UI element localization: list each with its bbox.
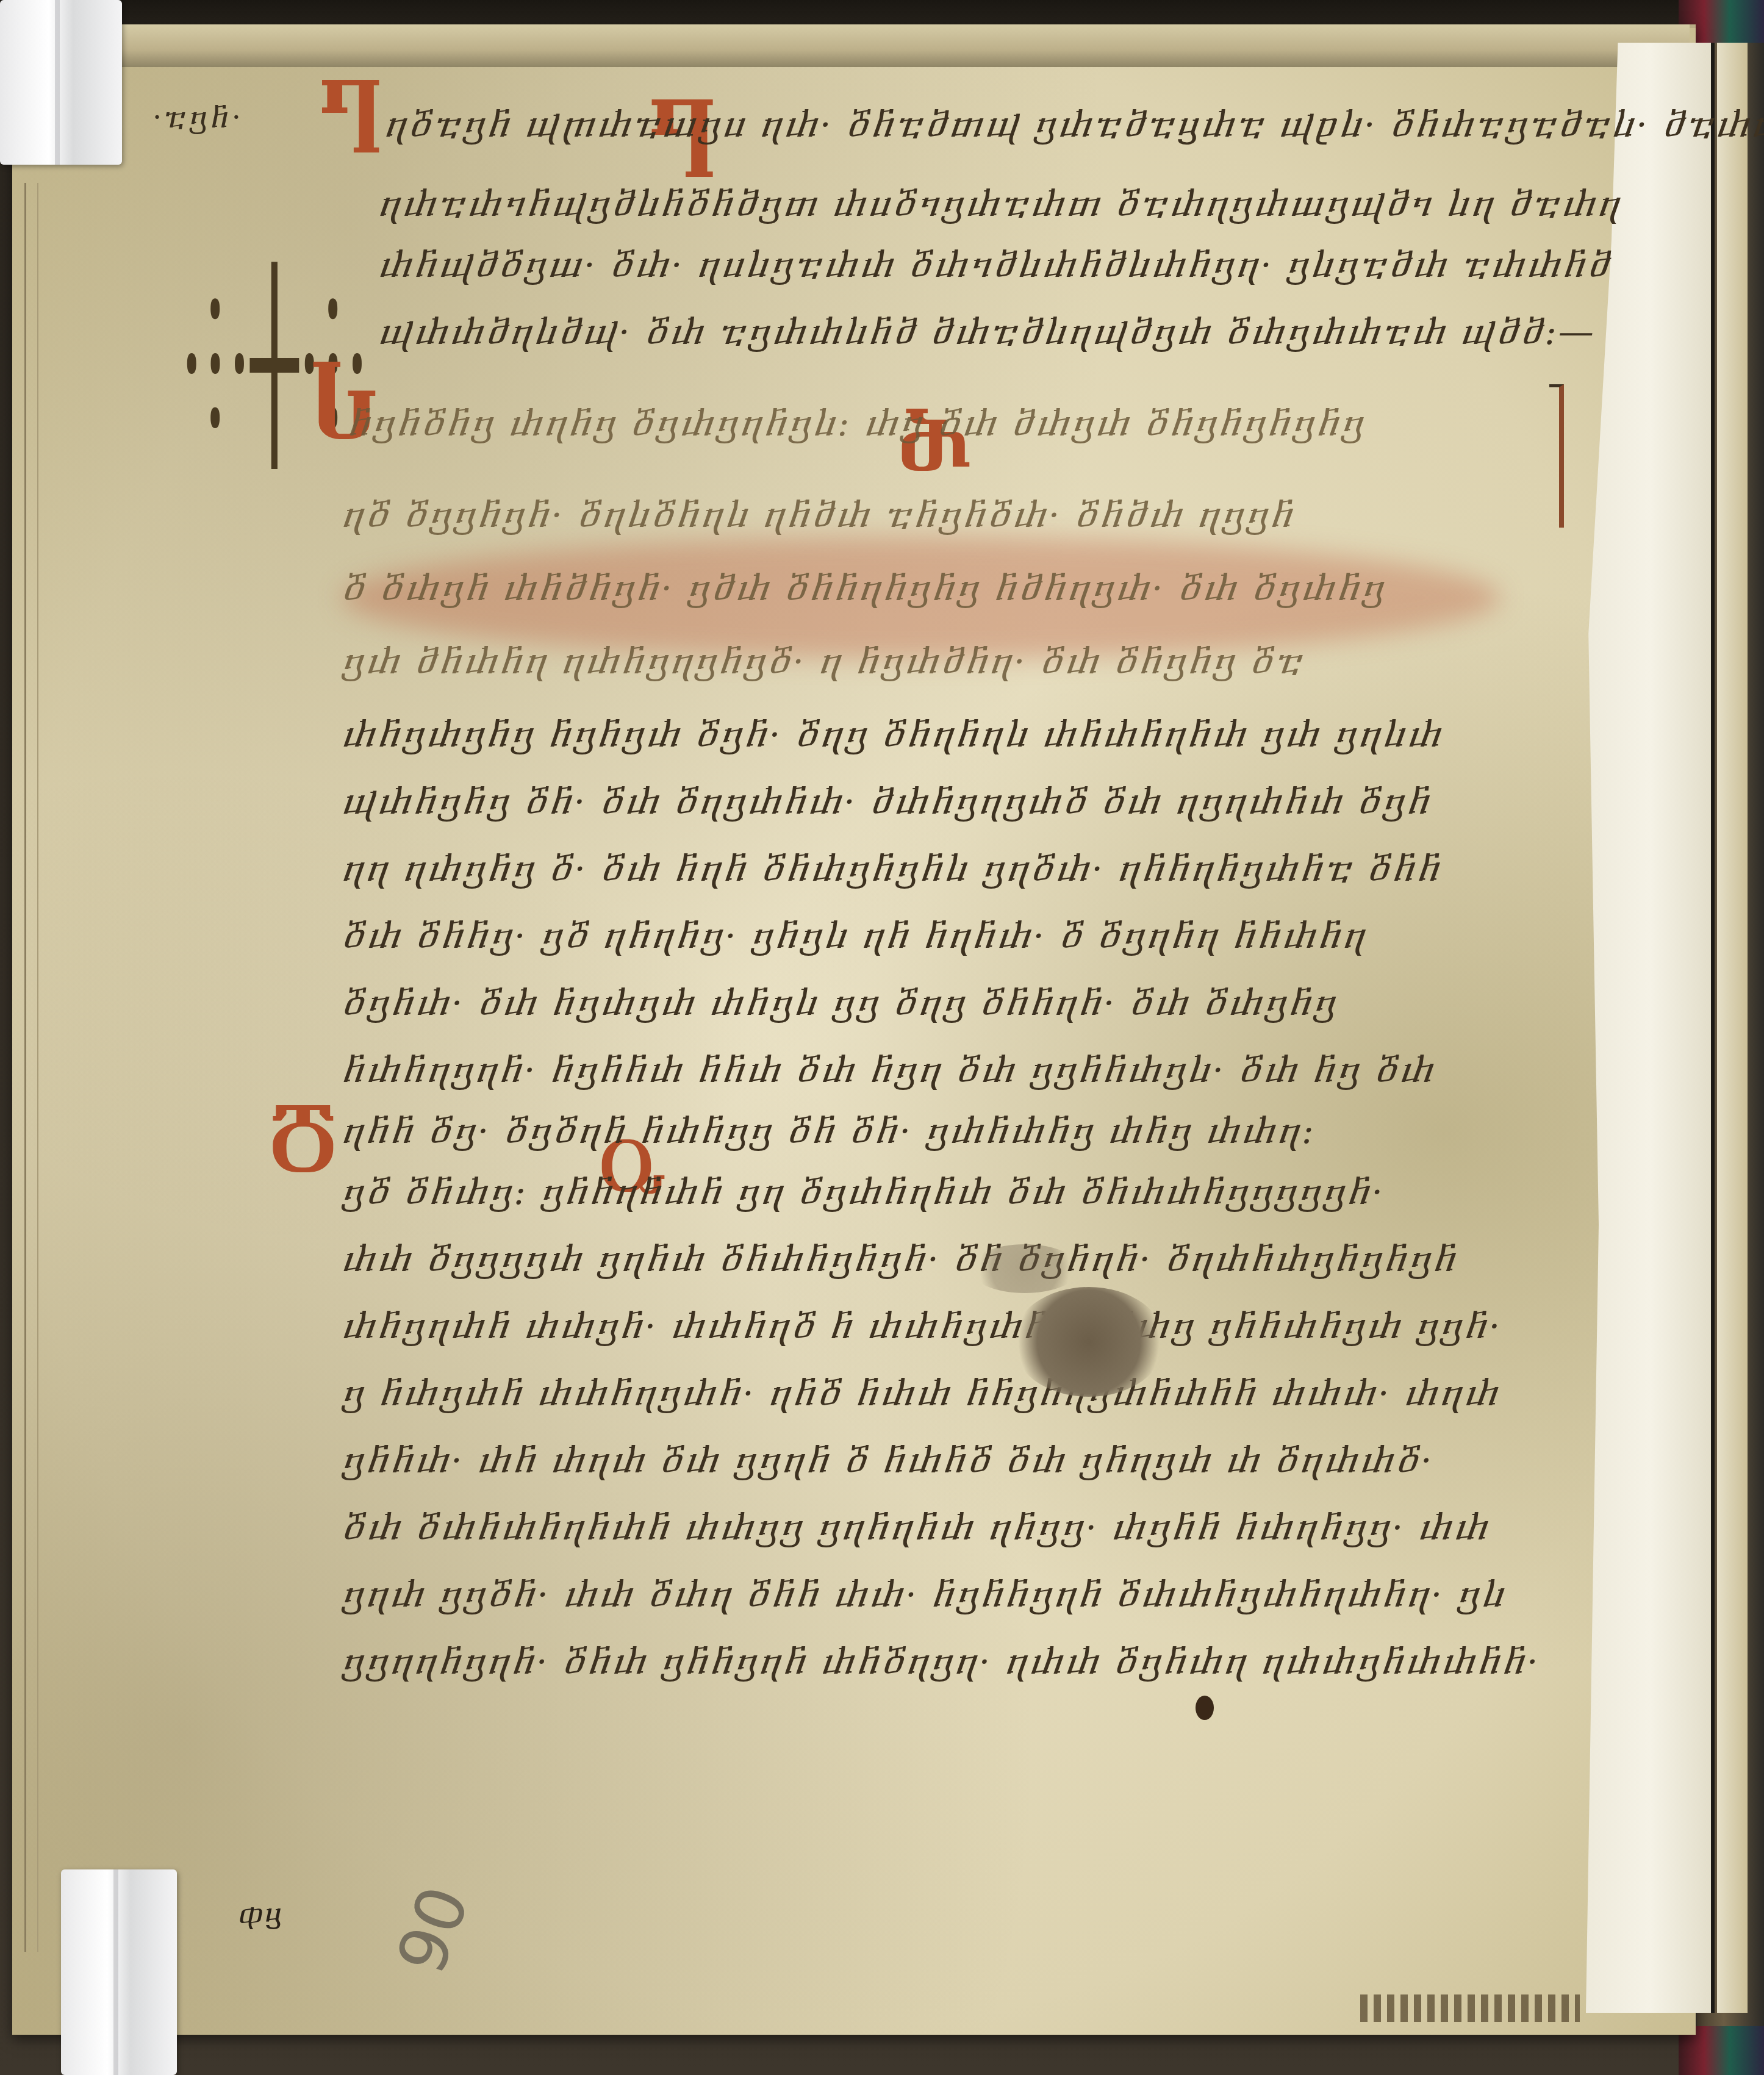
rubric-initial: Ⴃ	[268, 1098, 338, 1191]
text-line: ⴂⴃ ⴃⴌⴐⴂ: ⴂⴌⴌⴄⴌⴐⴌ ⴂⴄ ⴃⴂⴐⴌⴄⴌⴐ ⴃⴐ ⴃⴌⴐⴐⴌⴂⴂⴂⴂ…	[342, 1171, 1385, 1213]
leaf-top-edge	[122, 24, 1690, 67]
worn-edge	[1360, 1994, 1580, 2022]
text-line: ⴐⴌⴂⴄⴐⴌ ⴐⴐⴂⴌ· ⴐⴐⴌⴄⴃ ⴌ ⴐⴐⴌⴂⴐⴌⴂⴃ ⴌⴐⴂ ⴂⴌⴌⴐⴌⴂ…	[342, 1305, 1502, 1347]
text-line: ⴓⴐⴌⴂⴌⴂ ⴃⴌ· ⴃⴐ ⴃⴄⴂⴐⴌⴐ· ⴋⴐⴌⴂⴄⴂⴐⴃ ⴃⴐ ⴄⴂⴄⴐⴌⴐ…	[342, 781, 1431, 822]
quire-mark: ⴔⴁ	[238, 1897, 282, 1930]
text-line: ⴂⴄⴐ ⴂⴂⴃⴌ· ⴐⴐ ⴃⴐⴄ ⴃⴌⴌ ⴐⴐ· ⴌⴂⴌⴌⴂⴄⴌ ⴃⴐⴐⴌⴂⴐⴌ…	[342, 1574, 1506, 1615]
gutter-shadow	[1711, 43, 1715, 2013]
ink-stain	[1013, 1287, 1165, 1397]
text-line: ⴂⴐ ⴋⴌⴐⴌⴄ ⴄⴐⴌⴂⴄⴂⴌⴂⴃ· ⴄ ⴌⴂⴐⴋⴌⴄ· ⴃⴐ ⴃⴌⴂⴌⴂ ⴃ…	[342, 640, 1304, 682]
text-line: ⴂⴂⴄⴄⴌⴂⴄⴌ· ⴃⴌⴐ ⴂⴌⴌⴂⴄⴌ ⴐⴌⴃⴄⴂⴄ· ⴄⴐⴐ ⴃⴂⴌⴐⴄ ⴄ…	[342, 1641, 1540, 1682]
red-bracket	[1549, 384, 1564, 528]
text-line: ⴃⴂⴌⴐ· ⴃⴐ ⴌⴂⴐⴂⴐ ⴐⴌⴂⴑ ⴂⴂ ⴃⴄⴂ ⴃⴌⴌⴄⴌ· ⴃⴐ ⴃⴐⴂ…	[342, 982, 1338, 1023]
text-line: ⴌⴂⴌⴃⴌⴂ ⴐⴄⴌⴂ ⴃⴂⴐⴂⴄⴌⴂⴑ: ⴐⴂ ⴃⴐ ⴋⴐⴂⴐ ⴃⴌⴂⴌⴂⴌⴂ…	[348, 403, 1365, 444]
top-margin-mark: ·ⴀⴂⴌ·	[152, 101, 243, 135]
text-line: ⴄⴃ ⴃⴂⴂⴌⴂⴌ· ⴃⴄⴑⴃⴌⴄⴑ ⴄⴌⴋⴐ ⴀⴌⴂⴌⴃⴐ· ⴃⴌⴋⴐ ⴄⴂⴂ…	[342, 494, 1295, 536]
ink-dot	[1196, 1696, 1214, 1720]
text-line: ⴃ ⴃⴐⴂⴌ ⴐⴌⴋⴌⴂⴌ· ⴂⴋⴐ ⴃⴌⴌⴄⴌⴂⴌⴂ ⴌⴋⴌⴄⴂⴐ· ⴃⴐ ⴃ…	[342, 567, 1386, 609]
text-line: ⴓⴐⴐⴋⴄⴑⴋⴓ· ⴃⴐ ⴀⴂⴐⴐⴑⴌⴋ ⴋⴐⴀⴋⴑⴄⴓⴋⴂⴐ ⴃⴐⴂⴐⴐⴀⴐ …	[378, 311, 1596, 353]
rubric-initial: Ⴄ	[317, 73, 384, 173]
text-line: ⴄⴌⴌ ⴃⴂ· ⴃⴂⴃⴄⴌ ⴌⴐⴌⴂⴂ ⴃⴌ ⴃⴌ· ⴂⴐⴌⴐⴌⴂ ⴐⴌⴂ ⴐⴐ…	[342, 1110, 1316, 1152]
page-clip-bottom	[61, 1869, 177, 2075]
text-line: ⴄⴄ ⴄⴐⴂⴌⴂ ⴃ· ⴃⴐ ⴌⴄⴌ ⴃⴌⴐⴂⴌⴂⴌⴑ ⴂⴄⴃⴐ· ⴄⴌⴌⴄⴌⴂ…	[342, 848, 1441, 889]
text-line: ⴃⴐ ⴃⴌⴌⴂ· ⴂⴃ ⴄⴌⴄⴌⴂ· ⴂⴌⴂⴑ ⴄⴌ ⴌⴄⴌⴐ· ⴃ ⴃⴂⴄⴌⴄ…	[342, 915, 1367, 956]
text-line: ⴂ ⴌⴐⴂⴐⴌ ⴐⴐⴌⴄⴂⴐⴌ· ⴄⴌⴃ ⴌⴐⴐ ⴌⴌⴂⴌⴄⴂⴐⴌⴐⴌⴌ ⴐⴐⴐ…	[342, 1372, 1500, 1414]
text-line: ⴐⴌⴓⴋⴃⴂⴍ· ⴃⴐ· ⴄⴎⴑⴂⴀⴐⴐ ⴃⴐⴈⴋⴑⴐⴌⴋⴑⴐⴌⴂⴄ· ⴂⴑⴂⴀ…	[378, 244, 1612, 285]
text-line: ⴐⴐ ⴃⴂⴂⴂⴂⴐ ⴂⴄⴌⴐ ⴃⴌⴐⴌⴂⴌⴂⴌ· ⴃⴌ ⴃⴂⴌⴄⴌ· ⴃⴄⴐⴌⴐ…	[342, 1238, 1458, 1280]
next-leaf-edge	[1717, 43, 1748, 2013]
text-line: ⴌⴐⴌⴄⴂⴄⴌ· ⴌⴂⴌⴌⴐ ⴌⴌⴐ ⴃⴐ ⴌⴂⴄ ⴃⴐ ⴂⴂⴌⴌⴐⴂⴑ· ⴃⴐ…	[342, 1049, 1435, 1091]
left-margin-ruling	[24, 183, 38, 1952]
smudge	[970, 1244, 1080, 1293]
page-clip-top	[0, 0, 122, 165]
text-line: ⴃⴐ ⴃⴐⴌⴐⴌⴄⴌⴐⴌ ⴐⴐⴂⴂ ⴂⴄⴌⴄⴌⴐ ⴄⴌⴂⴂ· ⴐⴂⴌⴌ ⴌⴐⴄⴌ…	[342, 1507, 1490, 1548]
text-line: ⴄⴃⴀⴂⴌ ⴓⴜⴐⴀⴍⴂⴎ ⴄⴐ· ⴃⴌⴀⴋⴇⴓ ⴂⴐⴀⴋⴀⴁⴐⴀ ⴓⴒⴑ· ⴃ…	[384, 104, 1764, 145]
text-line: ⴂⴌⴌⴐ· ⴐⴌ ⴐⴄⴐ ⴃⴐ ⴂⴂⴄⴌ ⴃ ⴌⴐⴌⴃ ⴃⴐ ⴂⴌⴄⴂⴐ ⴐ ⴃ…	[342, 1439, 1433, 1481]
text-line: ⴐⴌⴂⴐⴂⴌⴂ ⴌⴂⴌⴂⴐ ⴃⴂⴌ· ⴃⴄⴂ ⴃⴌⴄⴌⴄⴑ ⴐⴌⴐⴌⴄⴌⴐ ⴂⴐ…	[342, 714, 1443, 755]
text-line: ⴄⴐⴀⴐⴈⴌⴓⴂⴋⴑⴌⴃⴌⴋⴂⴇ ⴐⴎⴃⴈⴂⴐⴀⴐⴇ ⴃⴀⴐⴄⴂⴐⴍⴂⴓⴋⴈ ⴑ…	[378, 183, 1622, 224]
